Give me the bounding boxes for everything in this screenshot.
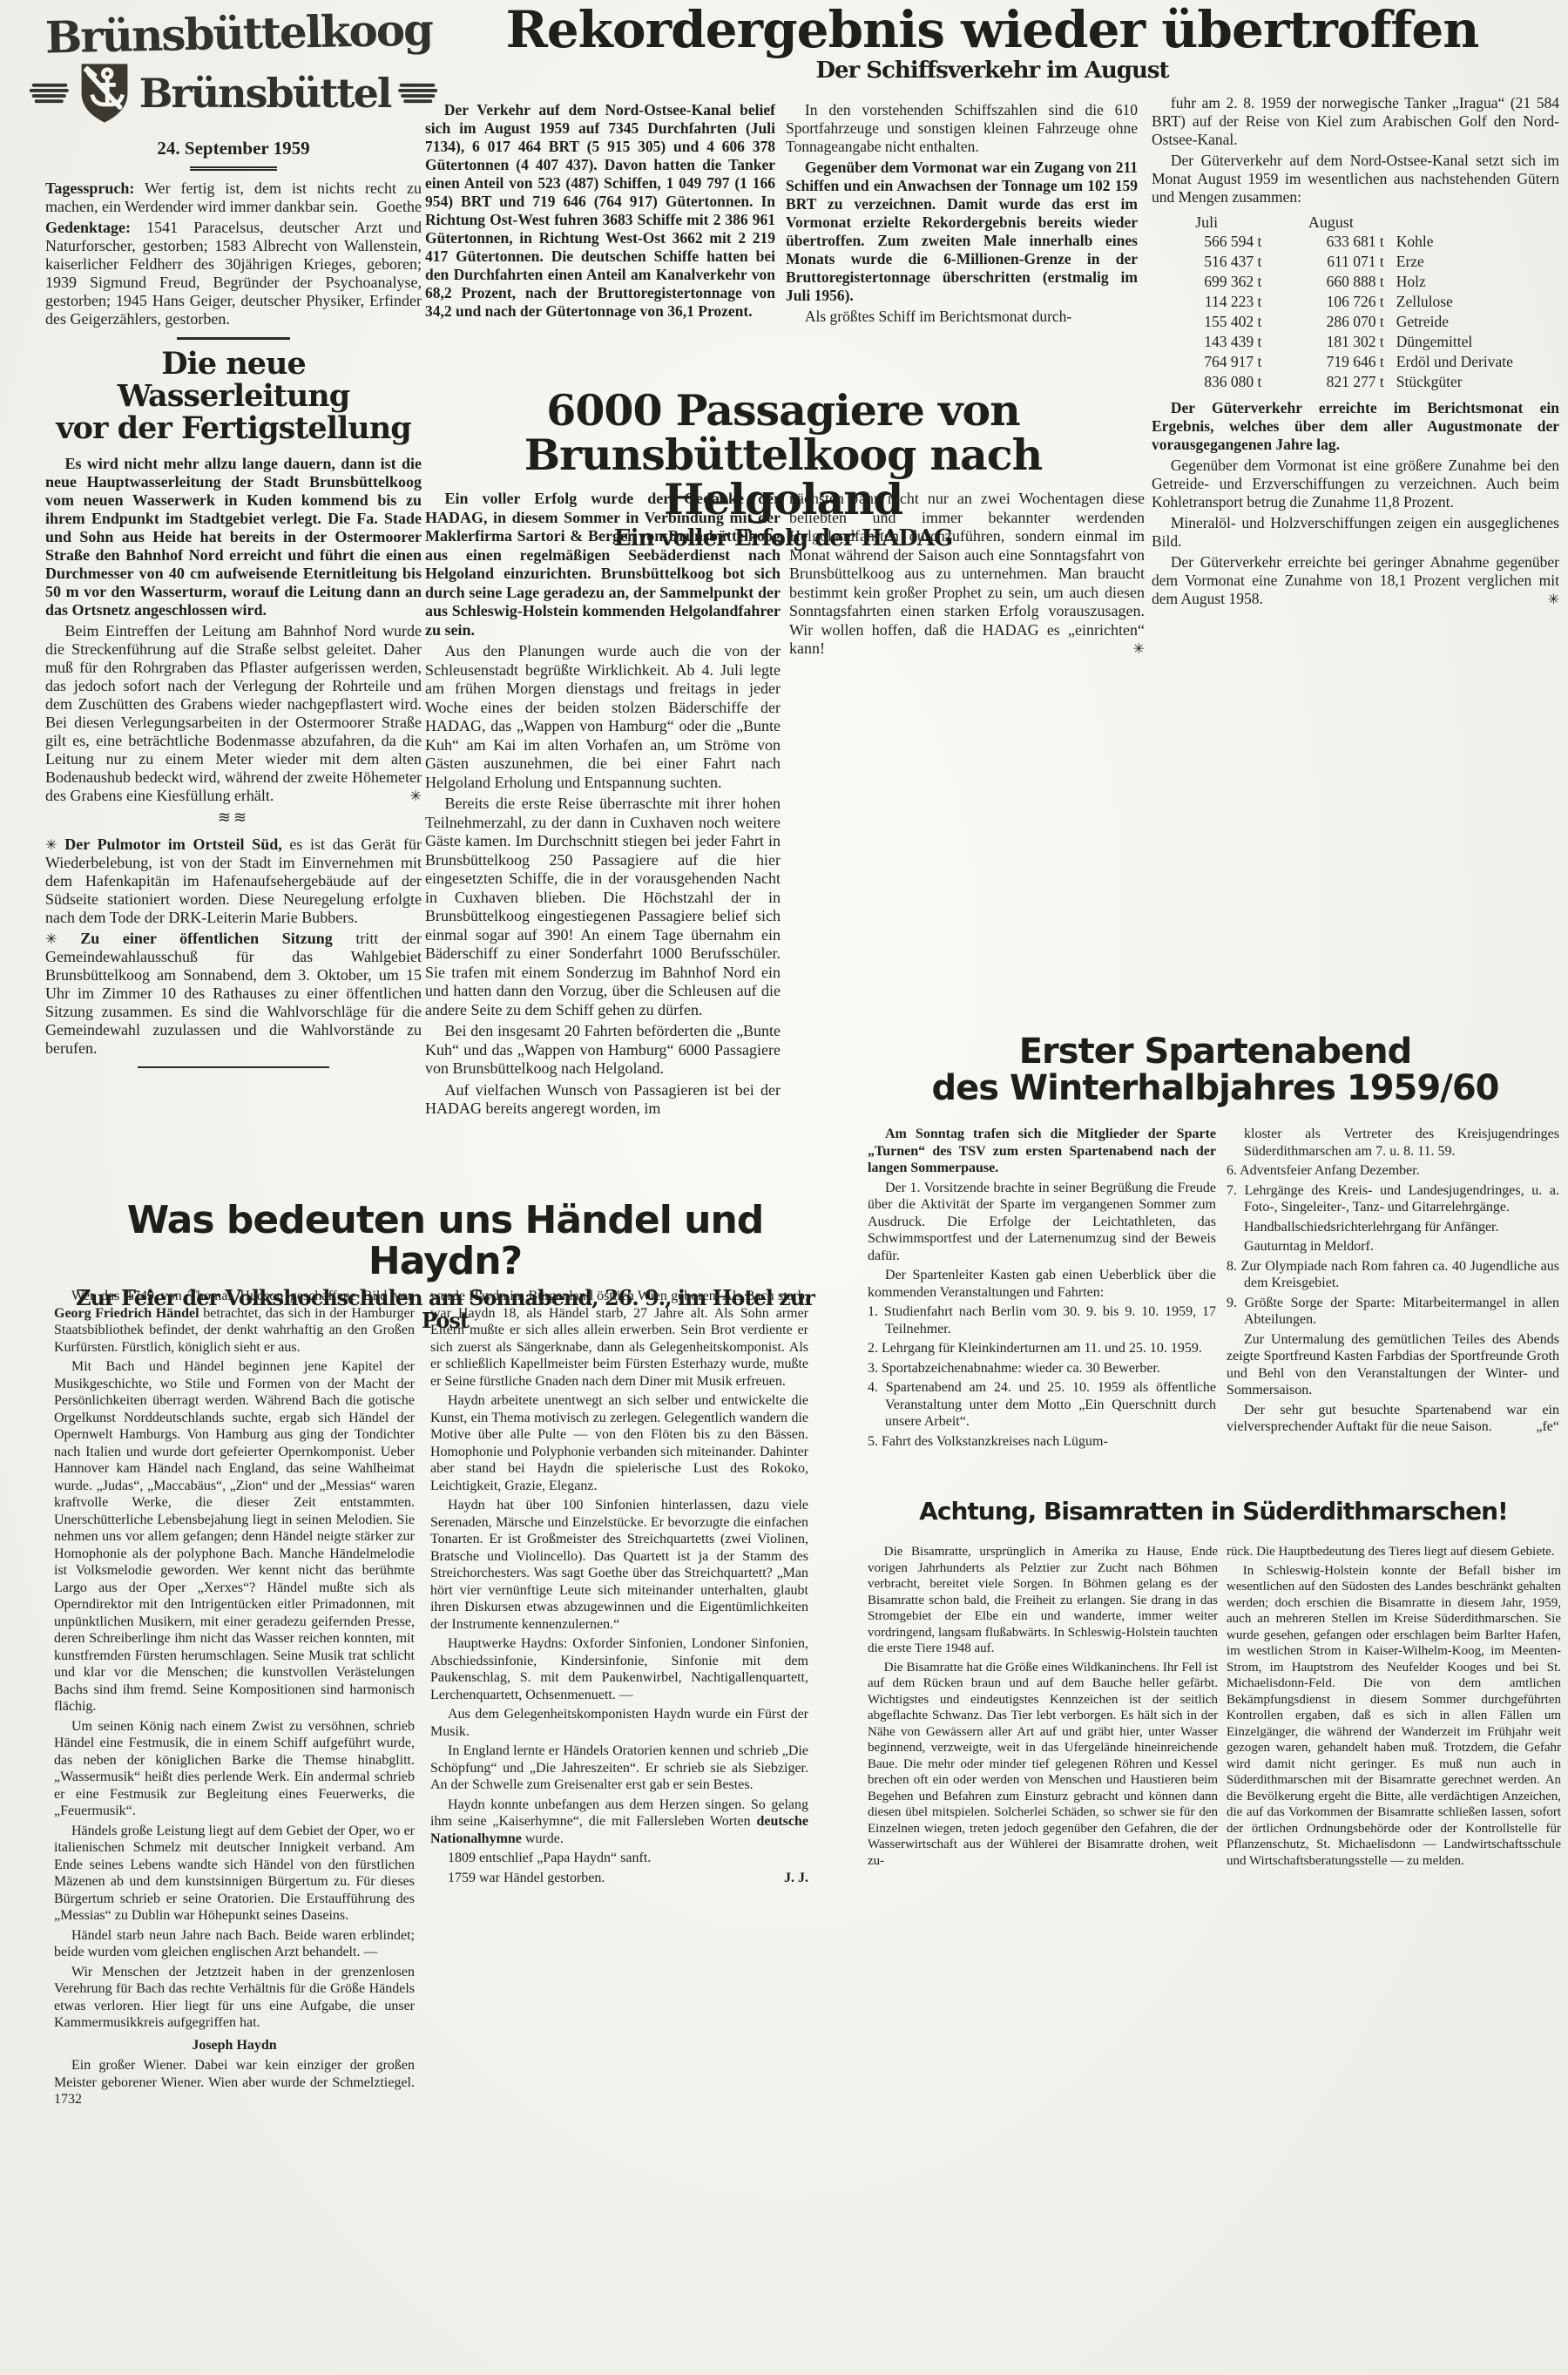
cell-commodity: Getreide (1384, 312, 1559, 332)
divider-rule (138, 1066, 329, 1068)
end-ornament-icon: ✳ (1132, 639, 1145, 659)
divider-rule (177, 337, 290, 340)
cell-august: 660 888 t (1261, 272, 1383, 292)
paragraph-text: Der Güterverkehr erreichte bei geringer … (1152, 553, 1559, 607)
article-paragraph: Der Güterverkehr auf dem Nord-Ostsee-Kan… (1152, 152, 1559, 206)
table-row: 566 594 t633 681 tKohle (1152, 232, 1559, 252)
headline-wasserleitung: Die neue Wasserleitung vor der Fertigste… (45, 348, 422, 444)
masthead-title-line1: Brünsbüttelkoog (45, 8, 422, 59)
table-row: 114 223 t106 726 tZellulose (1152, 292, 1559, 312)
news-note: ✳ Der Pulmotor im Ortsteil Süd, es ist d… (45, 836, 422, 927)
news-note: ✳ Zu einer öffentlichen Sitzung tritt de… (45, 930, 422, 1058)
bisam-column-2: rück. Die Hauptbedeutung des Tieres lieg… (1227, 1544, 1561, 1871)
divider-rule (190, 166, 277, 171)
cell-juli: 143 439 t (1152, 332, 1261, 352)
article-paragraph: Die Bisamratte, ursprünglich in Amerika … (868, 1544, 1218, 1657)
rekord-column-2: In den vorstehenden Schiffszahlen sind d… (786, 101, 1138, 328)
article-paragraph: Hauptwerke Haydns: Oxforder Sinfonien, L… (430, 1635, 808, 1703)
headline-text: Rekordergebnis wieder übertroffen (425, 3, 1559, 56)
tagesspruch-label: Tagesspruch: (45, 179, 134, 197)
article-paragraph: Um seinen König nach einem Zwist zu vers… (54, 1718, 415, 1820)
article-paragraph: Auf vielfachen Wunsch von Passagieren is… (425, 1081, 781, 1119)
issue-date: 24. September 1959 (45, 139, 422, 158)
article-paragraph: Zur Untermalung des gemütlichen Teiles d… (1227, 1331, 1559, 1399)
squiggle-ornament-icon: ≋≋ (45, 809, 422, 827)
headline-spartenabend: Erster Spartenabend des Winterhalbjahres… (871, 1033, 1559, 1107)
table-row: 699 362 t660 888 tHolz (1152, 272, 1559, 292)
headline-line: vor der Fertigstellung (56, 410, 410, 446)
note-lead: Zu einer öffentlichen Sitzung (80, 930, 333, 947)
article-paragraph: Gegenüber dem Vormonat war ein Zugang vo… (786, 159, 1138, 305)
article-paragraph: Der Güterverkehr erreichte im Berichtsmo… (1152, 399, 1559, 454)
table-row: 143 439 t181 302 tDüngemittel (1152, 332, 1559, 352)
article-paragraph: In den vorstehenden Schiffszahlen sind d… (786, 101, 1138, 156)
hadag-column-1: Ein voller Erfolg wurde der Gedanke der … (425, 490, 781, 1121)
article-paragraph: Haydn konnte unbefangen aus dem Herzen s… (430, 1796, 808, 1848)
sparten-column-2: kloster als Vertreter des Kreisjugendrin… (1227, 1126, 1559, 1438)
author-sign: J. J. (767, 1870, 808, 1887)
article-paragraph: Wir Menschen der Jetztzeit haben in der … (54, 1964, 415, 2032)
article-paragraph: Als größtes Schiff im Berichtsmonat durc… (786, 308, 1138, 326)
cell-juli: 699 362 t (1152, 272, 1261, 292)
cell-august: 719 646 t (1261, 352, 1383, 372)
article-paragraph: Am Sonntag trafen sich die Mitglieder de… (868, 1126, 1216, 1177)
paragraph-text: Beim Eintreffen der Leitung am Bahnhof N… (45, 622, 422, 804)
article-paragraph: Händels große Leistung liegt auf dem Geb… (54, 1823, 415, 1925)
article-paragraph: Wer das 1749 von Thomas Hudson geschaffe… (54, 1288, 415, 1356)
article-paragraph: Beim Eintreffen der Leitung am Bahnhof N… (45, 622, 422, 805)
article-paragraph: Der Verkehr auf dem Nord-Ostsee-Kanal be… (425, 101, 775, 321)
left-column: Brünsbüttelkoog (45, 12, 422, 1077)
cell-juli: 764 917 t (1152, 352, 1261, 372)
headline-line: Die neue Wasserleitung (118, 346, 349, 414)
list-item: 9. Größte Sorge der Sparte: Mitarbeiterm… (1227, 1295, 1559, 1329)
subheadline-text: Der Schiffsverkehr im August (425, 59, 1559, 83)
article-paragraph: Haydn hat über 100 Sinfonien hinterlasse… (430, 1497, 808, 1633)
flourish-left-icon (30, 78, 70, 108)
article-paragraph: Die Bisamratte hat die Größe eines Wildk… (868, 1660, 1218, 1870)
freight-table-header: Juli August (1152, 213, 1559, 232)
list-item: 1. Studienfahrt nach Berlin vom 30. 9. b… (868, 1303, 1216, 1337)
paragraph-text: 1759 war Händel gestorben. (448, 1871, 605, 1885)
cell-commodity: Zellulose (1384, 292, 1559, 312)
cell-commodity: Kohle (1384, 232, 1559, 252)
rekord-column-1: Der Verkehr auf dem Nord-Ostsee-Kanal be… (425, 101, 775, 323)
paragraph-text: nächsten Jahr nicht nur an zwei Wochenta… (789, 490, 1145, 657)
table-row: 836 080 t821 277 tStückgüter (1152, 372, 1559, 392)
asterisk-icon: ✳ (45, 836, 57, 853)
cell-august: 821 277 t (1261, 372, 1383, 392)
cell-commodity: Stückgüter (1384, 372, 1559, 392)
headline-text: Achtung, Bisamratten in Süderdithmarsche… (868, 1499, 1559, 1525)
headline-rekordergebnis: Rekordergebnis wieder übertroffen Der Sc… (425, 3, 1559, 83)
freight-table: Juli August 566 594 t633 681 tKohle 516 … (1152, 213, 1559, 392)
end-ornament-icon: ✳ (1529, 590, 1559, 608)
gedenktage-label: Gedenktage: (45, 219, 131, 236)
cell-august: 106 726 t (1261, 292, 1383, 312)
newspaper-page: Brünsbüttelkoog (0, 0, 1568, 2375)
article-paragraph: In Schleswig-Holstein konnte der Befall … (1227, 1563, 1561, 1870)
list-item: 5. Fahrt des Volkstanzkreises nach Lügum… (868, 1433, 1216, 1451)
cell-august: 286 070 t (1261, 312, 1383, 332)
bisam-column-1: Die Bisamratte, ursprünglich in Amerika … (868, 1544, 1218, 1871)
cell-juli: 836 080 t (1152, 372, 1261, 392)
article-paragraph: Der Güterverkehr erreichte bei geringer … (1152, 553, 1559, 608)
article-paragraph: wurde Haydn im Burgenland östlich Wien g… (430, 1288, 808, 1390)
article-paragraph: Bei den insgesamt 20 Fahrten beförderten… (425, 1022, 781, 1079)
paragraph-text: Der sehr gut besuchte Spartenabend war e… (1227, 1403, 1559, 1435)
article-paragraph: Haydn arbeitete unentwegt an sich selber… (430, 1392, 808, 1494)
article-paragraph: In England lernte er Händels Oratorien k… (430, 1742, 808, 1794)
table-row: 516 437 t611 071 tErze (1152, 252, 1559, 272)
tagesspruch-paragraph: Tagesspruch: Wer fertig ist, dem ist nic… (45, 179, 422, 216)
cell-august: 633 681 t (1261, 232, 1383, 252)
article-paragraph: 1809 entschlief „Papa Haydn“ sanft. (430, 1850, 808, 1867)
list-item: 7. Lehrgänge des Kreis- und Landesjugend… (1227, 1182, 1559, 1216)
column-header-juli: Juli (1152, 213, 1261, 232)
cell-juli: 516 437 t (1152, 252, 1261, 272)
article-paragraph: Bereits die erste Reise überraschte mit … (425, 795, 781, 1019)
author-sign: „fe“ (1518, 1418, 1559, 1436)
tagesspruch-author: Goethe (376, 198, 422, 216)
cell-commodity: Düngemittel (1384, 332, 1559, 352)
column-header-august: August (1261, 213, 1400, 232)
haendel-column-2: wurde Haydn im Burgenland östlich Wien g… (430, 1288, 808, 1889)
article-paragraph: Mineralöl- und Holzverschiffungen zeigen… (1152, 514, 1559, 551)
article-paragraph: Ein voller Erfolg wurde der Gedanke der … (425, 490, 781, 639)
article-paragraph: rück. Die Hauptbedeutung des Tieres lieg… (1227, 1544, 1561, 1560)
paragraph-text: Wer das 1749 von Thomas Hudson geschaffe… (71, 1289, 415, 1303)
article-paragraph: Der sehr gut besuchte Spartenabend war e… (1227, 1402, 1559, 1436)
cell-august: 611 071 t (1261, 252, 1383, 272)
headline-text: Erster Spartenabend des Winterhalbjahres… (871, 1033, 1559, 1107)
crosshead-joseph-haydn: Joseph Haydn (54, 2037, 415, 2054)
gedenktage-paragraph: Gedenktage: 1541 Paracelsus, deutscher A… (45, 219, 422, 328)
cell-commodity: Holz (1384, 272, 1559, 292)
town-crest-icon (77, 61, 132, 125)
table-row: 155 402 t286 070 tGetreide (1152, 312, 1559, 332)
article-paragraph: nächsten Jahr nicht nur an zwei Wochenta… (789, 490, 1145, 659)
list-item: 4. Spartenabend am 24. und 25. 10. 1959 … (868, 1379, 1216, 1431)
list-item: Handballschiedsrichterlehrgang für Anfän… (1227, 1219, 1559, 1236)
article-paragraph: Der Spartenleiter Kasten gab einen Ueber… (868, 1267, 1216, 1301)
asterisk-icon: ✳ (45, 930, 57, 947)
article-paragraph: 1759 war Händel gestorben.J. J. (430, 1870, 808, 1887)
article-paragraph: Ein großer Wiener. Dabei war kein einzig… (54, 2057, 415, 2108)
cell-august: 181 302 t (1261, 332, 1383, 352)
article-paragraph: Gegenüber dem Vormonat ist eine größere … (1152, 457, 1559, 511)
headline-line: 6000 Passagiere von (546, 385, 1020, 436)
haendel-column-1: Wer das 1749 von Thomas Hudson geschaffe… (54, 1288, 415, 2111)
note-lead: Der Pulmotor im Ortsteil Süd, (64, 836, 281, 853)
article-paragraph: fuhr am 2. 8. 1959 der norwegische Tanke… (1152, 94, 1559, 149)
article-paragraph: Aus den Planungen wurde auch die von der… (425, 642, 781, 792)
list-item: 8. Zur Olympiade nach Rom fahren ca. 40 … (1227, 1258, 1559, 1292)
headline-text: Was bedeuten uns Händel und Haydn? (52, 1201, 838, 1282)
cell-commodity: Erze (1384, 252, 1559, 272)
list-item: Gauturntag in Meldorf. (1227, 1238, 1559, 1255)
article-paragraph: Es wird nicht mehr allzu lange dauern, d… (45, 455, 422, 619)
end-ornament-icon: ✳ (390, 787, 422, 805)
sparten-column-1: Am Sonntag trafen sich die Mitglieder de… (868, 1126, 1216, 1452)
paragraph-text: Haydn konnte unbefangen aus dem Herzen s… (430, 1797, 808, 1830)
cell-juli: 155 402 t (1152, 312, 1261, 332)
emphasized-name: Georg Friedrich Händel (54, 1306, 199, 1321)
headline-line: des Winterhalbjahres 1959/60 (932, 1068, 1499, 1108)
hadag-column-2: nächsten Jahr nicht nur an zwei Wochenta… (789, 490, 1145, 661)
cell-juli: 566 594 t (1152, 232, 1261, 252)
masthead-title-line2: Brünsbüttel (139, 85, 391, 103)
list-item: 2. Lehrgang für Kleinkinderturnen am 11.… (868, 1340, 1216, 1357)
cell-juli: 114 223 t (1152, 292, 1261, 312)
note-text: tritt der Gemeindewahlausschuß für das W… (45, 930, 422, 1057)
masthead-title-line2-row: Brünsbüttel (45, 61, 422, 125)
rekord-column-3: fuhr am 2. 8. 1959 der norwegische Tanke… (1152, 94, 1559, 611)
table-row: 764 917 t719 646 tErdöl und Derivate (1152, 352, 1559, 372)
article-paragraph: Händel starb neun Jahre nach Bach. Beide… (54, 1927, 415, 1961)
article-paragraph: Mit Bach und Händel beginnen jene Kapite… (54, 1358, 415, 1715)
article-paragraph: Aus dem Gelegenheitskomponisten Haydn wu… (430, 1706, 808, 1740)
list-item-continuation: kloster als Vertreter des Kreisjugendrin… (1227, 1126, 1559, 1160)
cell-commodity: Erdöl und Derivate (1384, 352, 1559, 372)
paragraph-text: wurde. (522, 1831, 564, 1846)
list-item: 6. Adventsfeier Anfang Dezember. (1227, 1162, 1559, 1180)
list-item: 3. Sportabzeichenabnahme: wieder ca. 30 … (868, 1360, 1216, 1377)
article-paragraph: Der 1. Vorsitzende brachte in seiner Beg… (868, 1180, 1216, 1265)
headline-bisamratten: Achtung, Bisamratten in Süderdithmarsche… (868, 1499, 1559, 1525)
headline-line: Erster Spartenabend (1019, 1032, 1412, 1072)
